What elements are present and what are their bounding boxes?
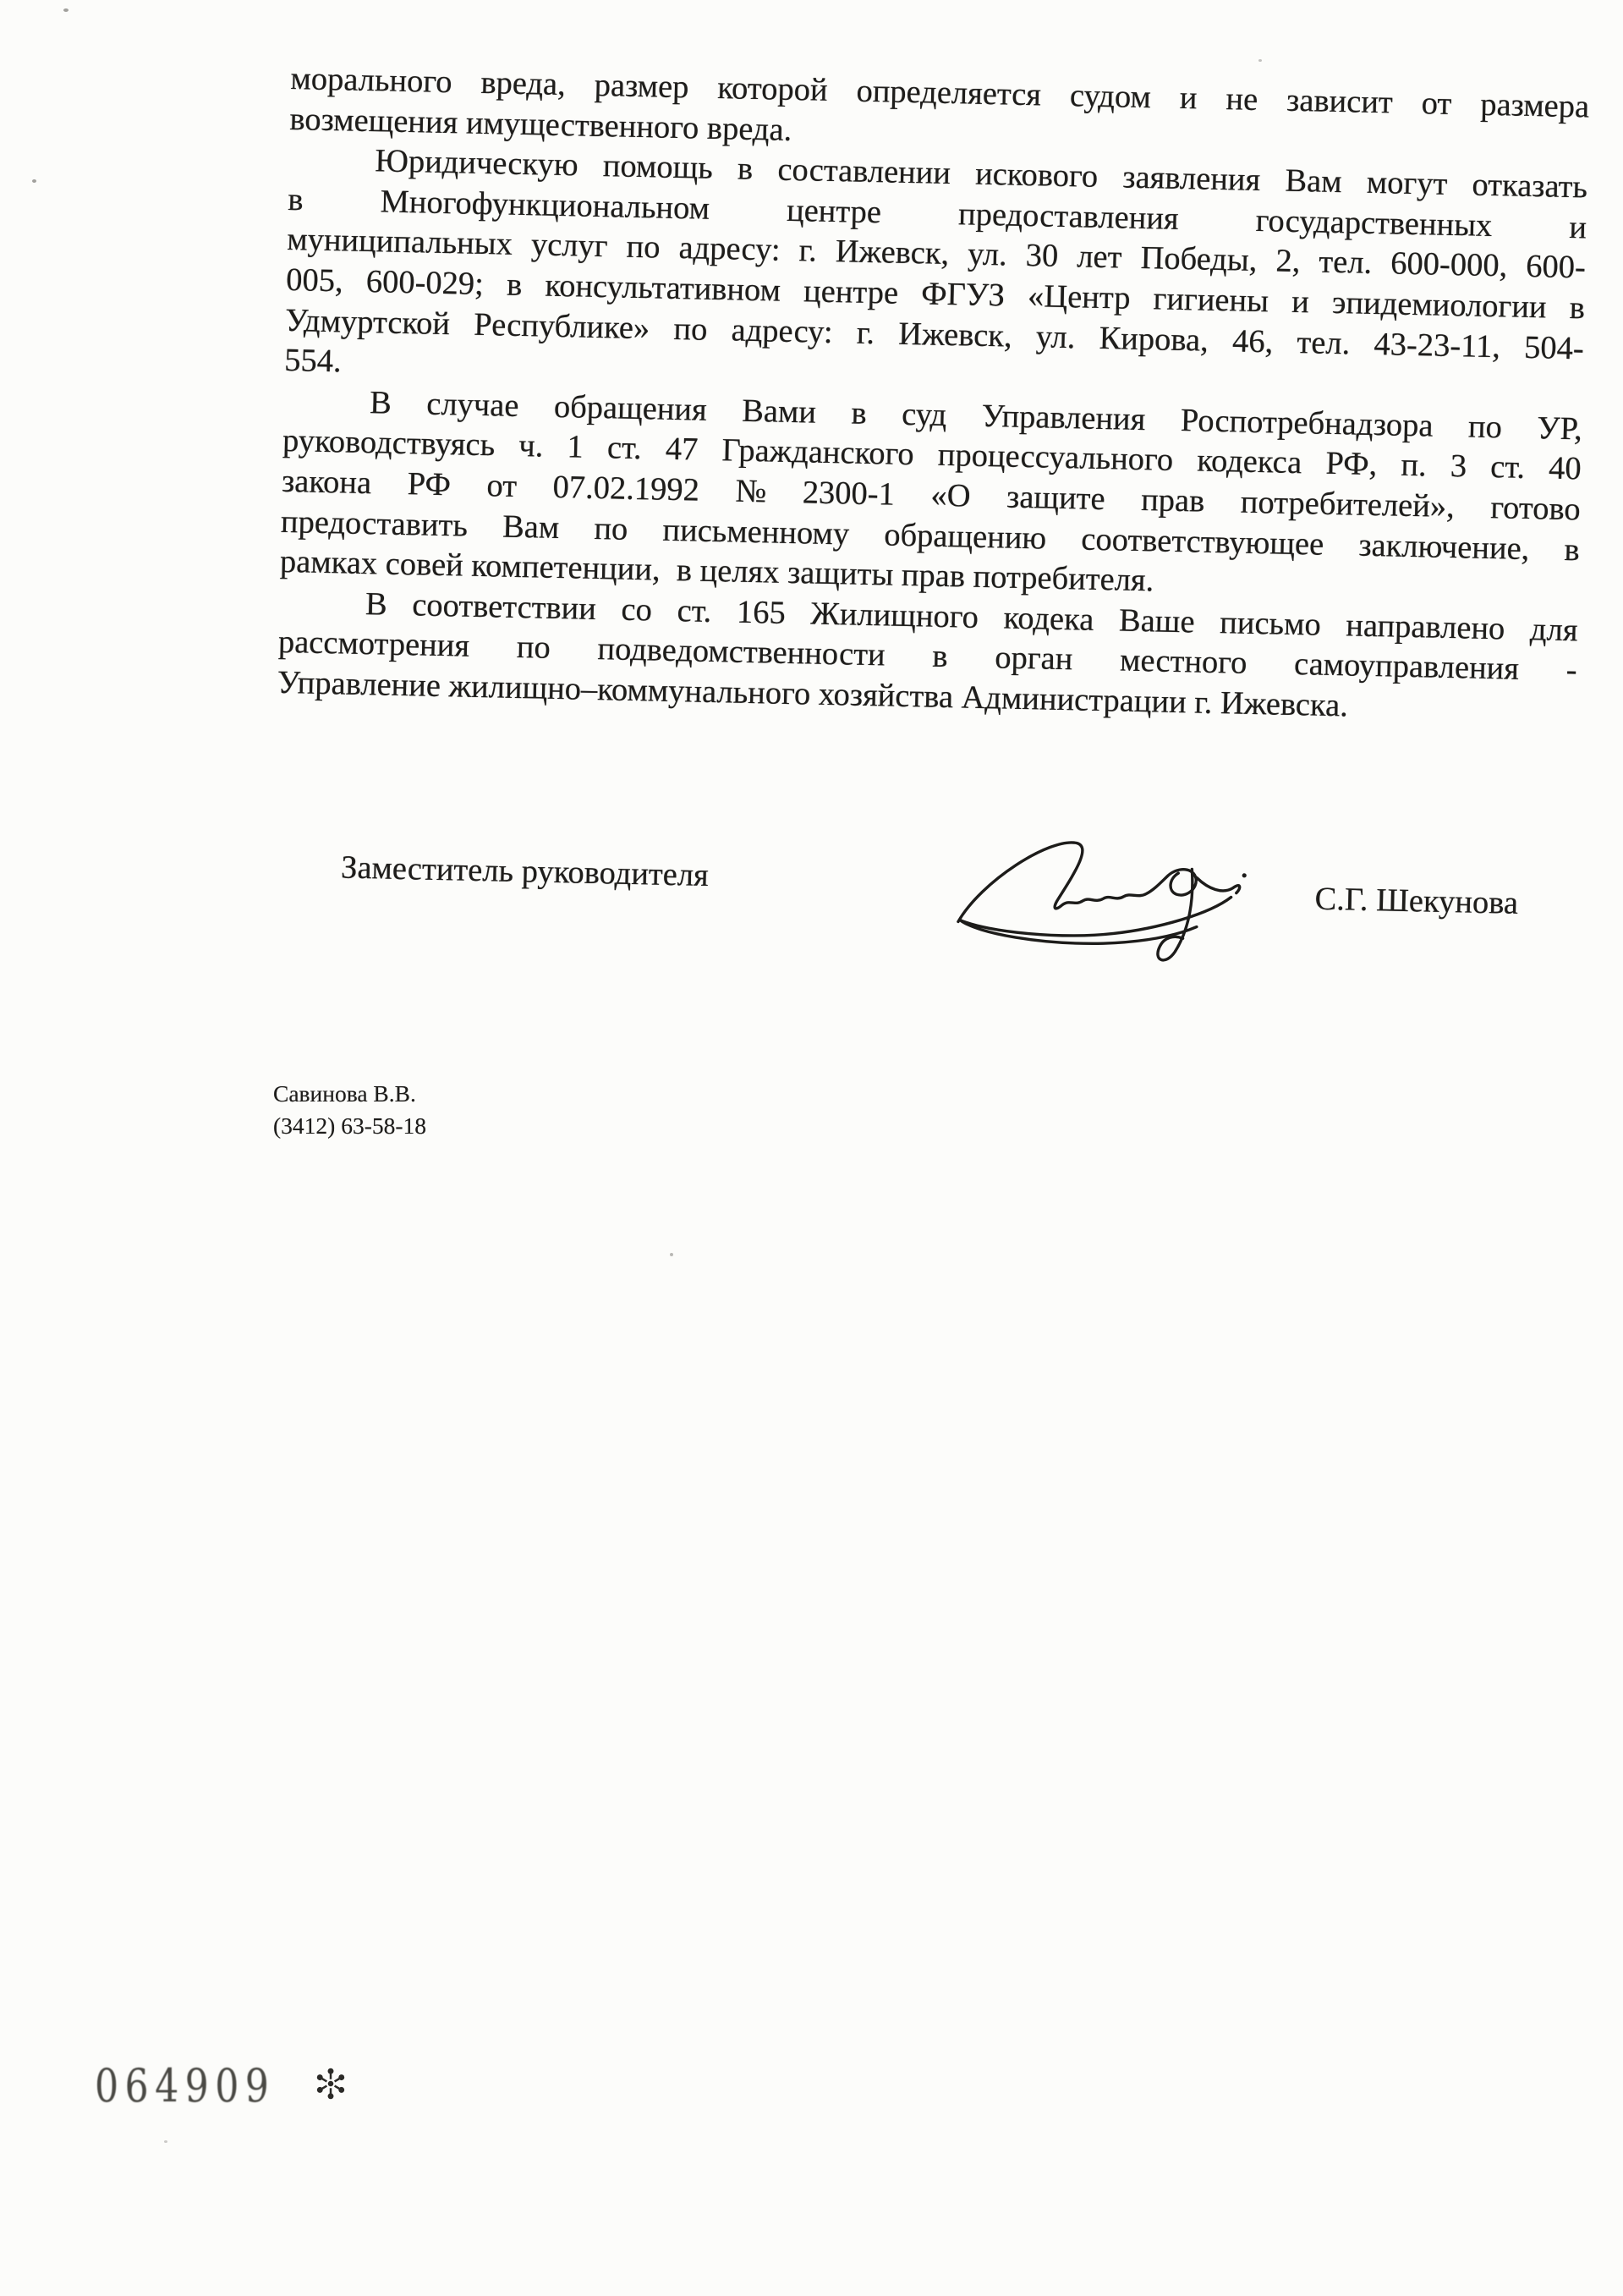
word: Многофункциональном bbox=[380, 182, 710, 229]
letter-sheet: моральноговреда,размеркоторойопределяетс… bbox=[271, 59, 1590, 1021]
executor-name: Савинова В.В. bbox=[273, 1078, 426, 1110]
word: 600-029; bbox=[365, 262, 484, 305]
letter-body: моральноговреда,размеркоторойопределяетс… bbox=[277, 59, 1589, 732]
scan-speck bbox=[164, 2140, 167, 2143]
word: 07.02.1992 bbox=[552, 468, 699, 511]
word: в bbox=[1569, 288, 1585, 329]
word: судом bbox=[1069, 76, 1151, 118]
word: г. bbox=[798, 232, 817, 272]
word: размера bbox=[1480, 85, 1590, 128]
word: соответствующее bbox=[1081, 519, 1324, 565]
word: ч. bbox=[518, 426, 544, 467]
word: в bbox=[1564, 530, 1580, 571]
word: № bbox=[735, 472, 767, 513]
word: 47 bbox=[665, 430, 699, 470]
word: - bbox=[1565, 651, 1577, 691]
word: размер bbox=[594, 66, 689, 108]
word: ул. bbox=[968, 235, 1007, 277]
scanned-letter-page: моральноговреда,размеркоторойопределяетс… bbox=[0, 0, 1623, 2296]
word: вреда, bbox=[480, 63, 566, 106]
word: п. bbox=[1401, 446, 1427, 486]
signature-block: Заместитель руководителя С.Г. Шекунова bbox=[271, 823, 1573, 1020]
word: 2, bbox=[1275, 242, 1301, 283]
word: в bbox=[737, 150, 753, 190]
word: соответствии bbox=[412, 585, 597, 629]
word: и bbox=[1569, 208, 1587, 249]
word: 1 bbox=[567, 428, 584, 469]
word: 504- bbox=[1524, 327, 1585, 369]
word: Гражданского bbox=[721, 431, 914, 476]
word: Ижевск, bbox=[898, 314, 1012, 357]
word: которой bbox=[717, 69, 828, 111]
executor-contact: Савинова В.В. (3412) 63-58-18 bbox=[273, 1078, 426, 1142]
word: В bbox=[365, 585, 387, 625]
word: потребителей», bbox=[1240, 483, 1455, 528]
word: составлении bbox=[777, 151, 951, 195]
word: «Центр bbox=[1028, 277, 1131, 319]
scan-speck bbox=[670, 1253, 673, 1256]
word: 2300-1 bbox=[802, 473, 895, 515]
word: обращения bbox=[553, 387, 707, 431]
word: тел. bbox=[1319, 243, 1373, 284]
word: ст. bbox=[677, 591, 712, 632]
word: предоставить bbox=[281, 502, 469, 546]
word: 46, bbox=[1232, 321, 1274, 363]
word: в bbox=[932, 637, 948, 678]
word: кодека bbox=[1003, 598, 1094, 640]
word: помощь bbox=[602, 146, 713, 189]
six-spoke-asterisk-icon bbox=[311, 2064, 350, 2103]
word: консультативном bbox=[545, 266, 781, 312]
word: предоставления bbox=[958, 195, 1180, 239]
word: подведомственности bbox=[597, 629, 886, 676]
word: заявления bbox=[1122, 158, 1261, 201]
word: готово bbox=[1490, 488, 1581, 530]
word: прав bbox=[1141, 481, 1205, 522]
word: могут bbox=[1366, 163, 1447, 206]
word: отказать bbox=[1472, 166, 1587, 209]
word: в bbox=[288, 180, 304, 221]
word: Ваше bbox=[1119, 601, 1196, 643]
word: ул. bbox=[1035, 317, 1075, 359]
word: Роспотребнадзора bbox=[1180, 401, 1434, 447]
word: 600-000, bbox=[1390, 244, 1508, 288]
word: 3 bbox=[1450, 447, 1467, 487]
word: в bbox=[851, 393, 867, 434]
scan-speck bbox=[32, 179, 36, 183]
word: 30 bbox=[1025, 236, 1059, 277]
word: суд bbox=[902, 395, 947, 437]
word: процессуального bbox=[937, 436, 1173, 481]
word: В bbox=[370, 383, 392, 424]
word: по bbox=[516, 628, 551, 668]
scan-speck bbox=[63, 8, 69, 12]
word: Ижевск, bbox=[835, 232, 949, 275]
word: Победы, bbox=[1140, 239, 1258, 282]
word: Вам bbox=[1285, 162, 1342, 203]
word: 600- bbox=[1526, 247, 1587, 288]
word: для bbox=[1530, 610, 1579, 651]
word: местного bbox=[1120, 641, 1247, 684]
word: не bbox=[1225, 80, 1258, 120]
word: искового bbox=[975, 155, 1099, 198]
word: центре bbox=[787, 191, 882, 233]
word: и bbox=[1291, 283, 1310, 323]
word: 43-23-11, bbox=[1374, 325, 1500, 368]
word: РФ bbox=[407, 464, 451, 506]
word: от bbox=[1421, 84, 1452, 124]
word: ФГУЗ bbox=[921, 274, 1006, 316]
word: по bbox=[626, 228, 661, 268]
word: адресу: bbox=[678, 228, 781, 271]
word: от bbox=[486, 466, 518, 507]
word: Вам bbox=[502, 507, 560, 548]
word: государственных bbox=[1255, 201, 1493, 247]
word: Вами bbox=[742, 391, 817, 432]
word: по bbox=[1467, 407, 1502, 448]
word: со bbox=[621, 590, 652, 630]
word: ст. bbox=[1490, 448, 1526, 488]
word: эпидемиологии bbox=[1331, 283, 1547, 328]
word: в bbox=[507, 266, 523, 306]
word: по bbox=[594, 508, 628, 549]
word: защите bbox=[1006, 478, 1105, 520]
word: Жилищного bbox=[810, 594, 979, 638]
word: письмо bbox=[1220, 603, 1321, 645]
word: закона bbox=[282, 462, 372, 504]
word: морального bbox=[290, 59, 452, 103]
word: Удмуртской bbox=[285, 300, 451, 344]
word: РФ, bbox=[1325, 444, 1378, 486]
word: 165 bbox=[736, 592, 786, 634]
handwritten-signature-icon bbox=[943, 821, 1268, 989]
word: орган bbox=[995, 639, 1073, 681]
word: 40 bbox=[1549, 449, 1582, 490]
word: муниципальных bbox=[287, 220, 513, 265]
word: центре bbox=[803, 272, 899, 314]
scan-speck bbox=[1258, 59, 1262, 62]
signatory-title: Заместитель руководителя bbox=[341, 849, 710, 893]
form-number-stamp: 064909 bbox=[95, 2059, 315, 2112]
word: случае bbox=[426, 384, 519, 426]
executor-phone: (3412) 63-58-18 bbox=[273, 1110, 426, 1142]
word: УР, bbox=[1537, 409, 1583, 450]
word: лет bbox=[1077, 238, 1122, 279]
word: заключение, bbox=[1358, 525, 1530, 569]
form-number: 064909 bbox=[95, 2059, 275, 2112]
word: рассмотрения bbox=[277, 623, 469, 667]
word: 005, bbox=[286, 261, 343, 302]
word: и bbox=[1179, 79, 1198, 119]
word: ст. bbox=[606, 429, 642, 470]
word: самоуправления bbox=[1294, 645, 1520, 689]
word: Кирова, bbox=[1099, 318, 1209, 360]
word: руководствуясь bbox=[282, 421, 496, 466]
word: «О bbox=[930, 476, 971, 518]
word: обращению bbox=[884, 515, 1047, 559]
word: Республике» bbox=[474, 305, 650, 349]
word: зависит bbox=[1286, 81, 1394, 124]
word: по bbox=[673, 310, 708, 350]
word: г. bbox=[856, 313, 875, 354]
word: Юридическую bbox=[375, 141, 578, 186]
word: услуг bbox=[530, 226, 608, 268]
signatory-name: С.Г. Шекунова bbox=[1314, 880, 1518, 921]
word: кодекса bbox=[1197, 442, 1302, 484]
word: гигиены bbox=[1153, 279, 1269, 322]
word: тел. bbox=[1297, 323, 1351, 365]
word: направлено bbox=[1346, 606, 1505, 650]
word: письменному bbox=[662, 510, 850, 554]
word: Управления bbox=[981, 397, 1146, 441]
word: определяется bbox=[856, 72, 1041, 116]
word: адресу: bbox=[731, 310, 833, 353]
